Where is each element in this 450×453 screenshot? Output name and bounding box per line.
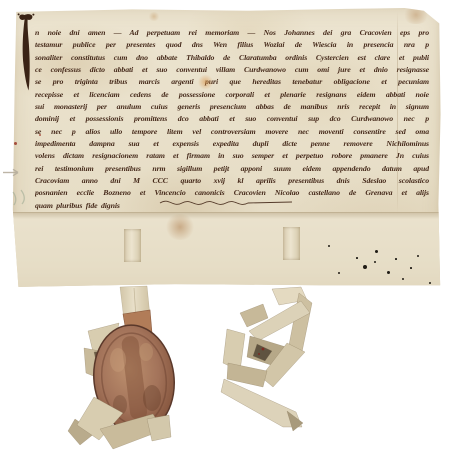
ink-spot <box>402 278 404 280</box>
ink-spot <box>328 245 330 247</box>
stain <box>39 134 41 136</box>
seal-tag-left <box>120 286 150 320</box>
parchment-sheet: n noie dni amen — Ad perpetuam rei memor… <box>12 8 441 288</box>
manuscript-line: impedimenta dampna sua et expensis exped… <box>35 138 429 150</box>
crumpled-strip <box>68 397 171 449</box>
ink-spot <box>429 282 431 284</box>
stain <box>148 12 160 21</box>
manuscript-line: testamur publice per presentes quod dns … <box>35 39 429 51</box>
manuscript-text-block: n noie dni amen — Ad perpetuam rei memor… <box>35 27 429 212</box>
crumpled-strip <box>84 323 119 380</box>
manuscript-line: sui monasterij per anulum cuius generis … <box>35 101 429 113</box>
wax-attachment <box>123 310 152 337</box>
stain <box>14 142 17 145</box>
manuscript-line: rei testimonium presentibus nrm sigillum… <box>35 163 429 175</box>
manuscript-line: n noie dni amen — Ad perpetuam rei memor… <box>35 27 429 39</box>
stain <box>164 214 196 240</box>
ink-spot <box>387 271 390 274</box>
manuscript-line: ce confessus dicto abbati et suo convent… <box>35 64 429 76</box>
manuscript-line: posnanien ecclie Bozneno et Vincencio ca… <box>35 187 429 199</box>
ink-spot <box>395 258 397 260</box>
wax-seal <box>88 321 181 438</box>
stain <box>198 74 213 90</box>
ink-spot <box>375 250 378 253</box>
ink-spot <box>356 257 358 259</box>
manuscript-line: dominij et possessionis promittens dco a… <box>35 113 429 125</box>
ink-spot <box>410 267 412 269</box>
manuscript-line: Cracoviam anno dni M CCC quarto xvij kl … <box>35 175 429 187</box>
tag-slit <box>283 227 300 260</box>
manuscript-line: se pro triginta tribus marcis argenti pu… <box>35 76 429 88</box>
charter-photograph: n noie dni amen — Ad perpetuam rei memor… <box>0 0 450 453</box>
manuscript-line: quam pluribus fide dignis <box>35 200 429 212</box>
ink-spot <box>338 272 340 274</box>
manuscript-line: volens dictam resignacionem ratam et fir… <box>35 150 429 162</box>
manuscript-line: recepisse et licenciam cedens de possess… <box>35 89 429 101</box>
tag-slit <box>124 229 141 262</box>
manuscript-line: se nec p alios ullo tempore litem vel co… <box>35 126 429 138</box>
ink-spot <box>417 255 419 257</box>
ink-spot <box>374 261 376 263</box>
seal-figure-relief <box>121 335 148 420</box>
ink-spot <box>363 265 367 269</box>
crease-line <box>397 12 398 212</box>
stain <box>402 8 430 24</box>
manuscript-line: sonaliter constitutus cum dno abbate Thi… <box>35 52 429 64</box>
seal-tag-right <box>221 287 312 431</box>
